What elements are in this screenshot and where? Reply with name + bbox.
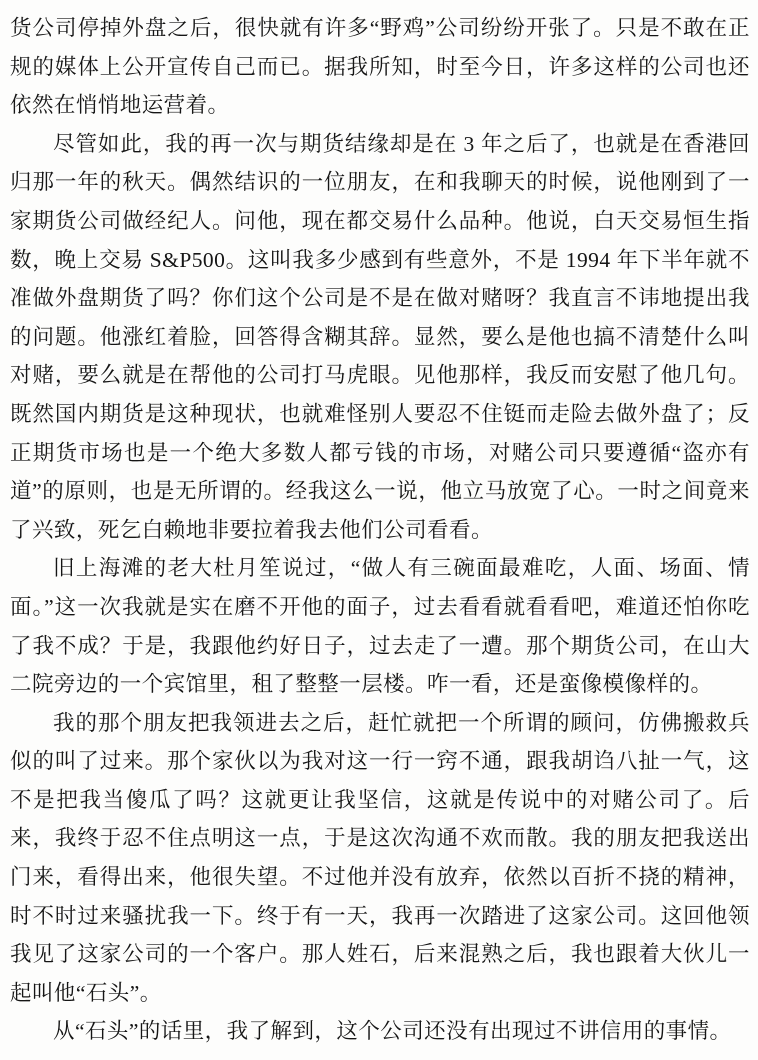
paragraph: 从“石头”的话里，我了解到，这个公司还没有出现过不讲信用的事情。 bbox=[10, 1012, 750, 1051]
paragraph: 尽管如此，我的再一次与期货结缘却是在 3 年之后了，也就是在香港回归那一年的秋天… bbox=[10, 125, 750, 550]
paragraph-continuation: 货公司停掉外盘之后，很快就有许多“野鸡”公司纷纷开张了。只是不敢在正规的媒体上公… bbox=[10, 9, 750, 125]
paragraph: 旧上海滩的老大杜月笙说过，“做人有三碗面最难吃，人面、场面、情面。”这一次我就是… bbox=[10, 549, 750, 703]
book-page: 货公司停掉外盘之后，很快就有许多“野鸡”公司纷纷开张了。只是不敢在正规的媒体上公… bbox=[0, 0, 758, 1060]
paragraph: 我的那个朋友把我领进去之后，赶忙就把一个所谓的顾问，仿佛搬救兵似的叫了过来。那个… bbox=[10, 704, 750, 1013]
